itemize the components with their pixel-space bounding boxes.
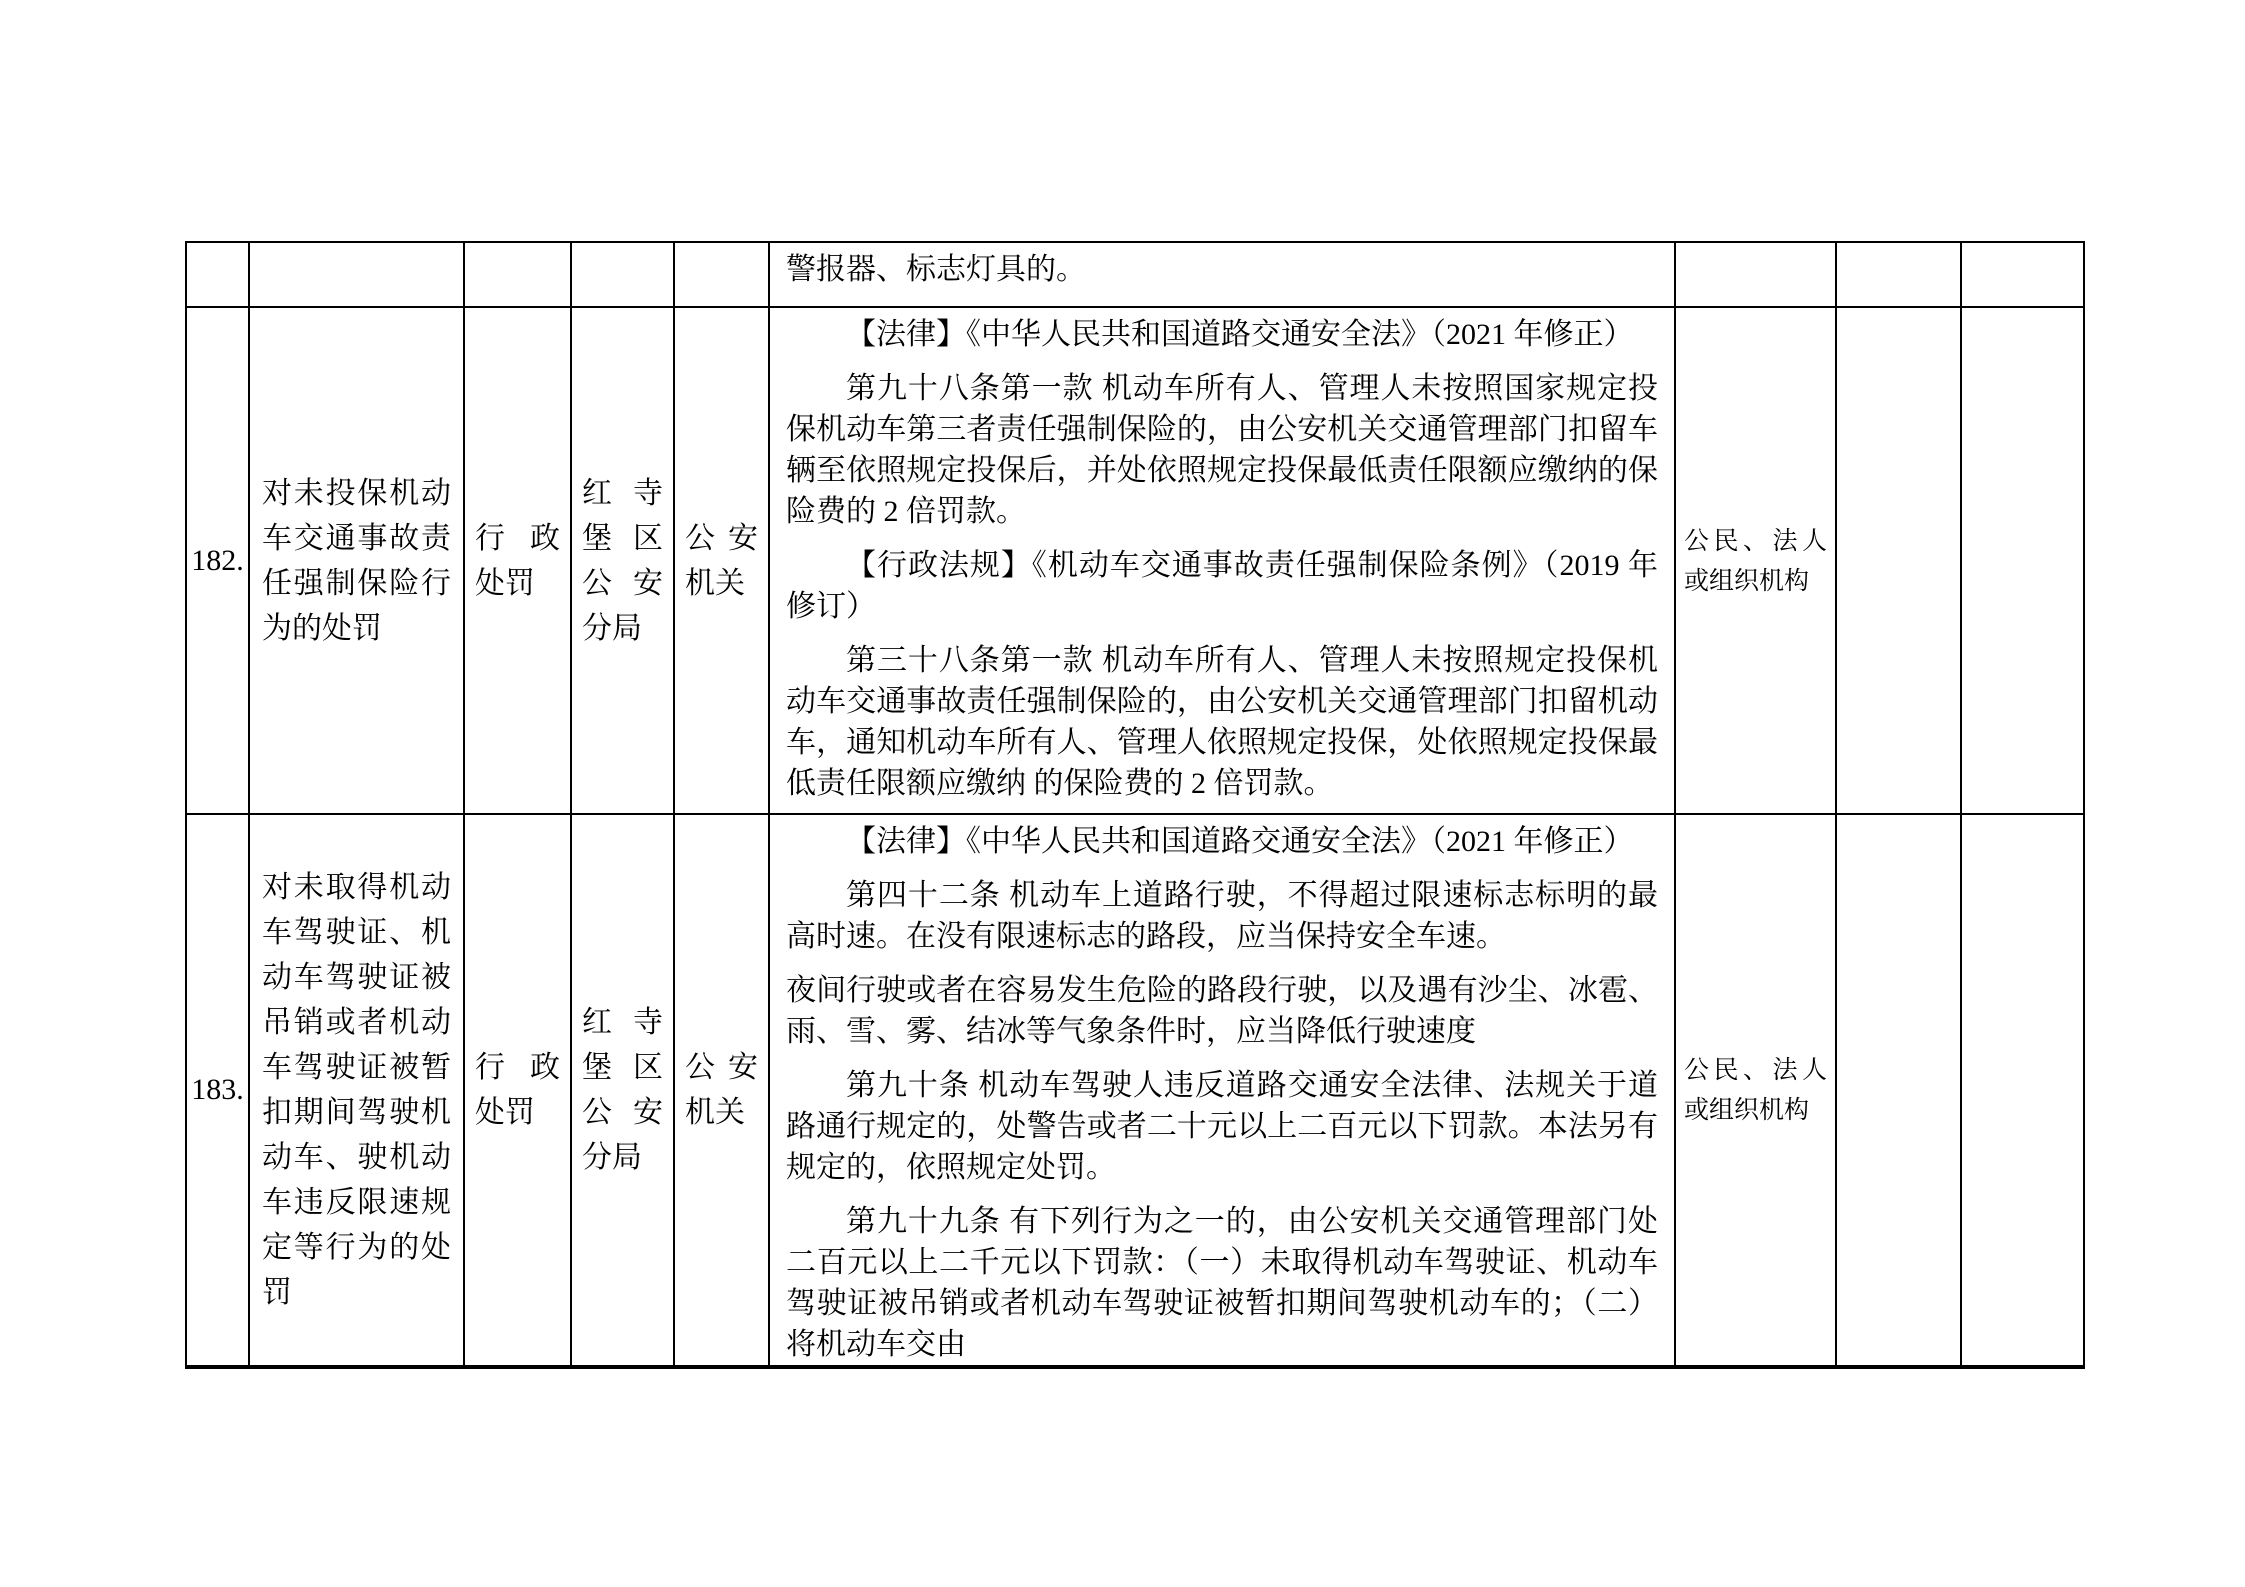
- target-cell: 公民、法人或组织机构: [1675, 814, 1836, 1367]
- agency-cell: [571, 242, 674, 307]
- number-cell: [186, 242, 249, 307]
- table-row-181-continuation: 警报器、标志灯具的。: [186, 242, 2084, 307]
- legal-paragraph: 第九十八条第一款 机动车所有人、管理人未按照国家规定投保机动车第三者责任强制保险…: [786, 368, 1658, 532]
- target-cell: 公民、法人或组织机构: [1675, 307, 1836, 814]
- number-cell: 183.: [186, 814, 249, 1367]
- penalty-table: 警报器、标志灯具的。 182. 对未投保机动车交通事故责任强制保险行为的处罚 行…: [185, 241, 2085, 1369]
- legal-paragraph: 第九十条 机动车驾驶人违反道路交通安全法律、法规关于道路通行规定的，处警告或者二…: [786, 1065, 1658, 1188]
- penalty-type-cell: 行政处罚: [464, 307, 571, 814]
- legal-paragraph: 第三十八条第一款 机动车所有人、管理人未按照规定投保机动车交通事故责任强制保险的…: [786, 640, 1658, 804]
- organ-cell: 公安机关: [674, 814, 769, 1367]
- table-row-183: 183. 对未取得机动车驾驶证、机动车驾驶证被吊销或者机动车驾驶证被暂扣期间驾驶…: [186, 814, 2084, 1367]
- legal-basis-cell: 警报器、标志灯具的。: [769, 242, 1675, 307]
- empty-cell: [1961, 242, 2084, 307]
- penalty-name-cell: 对未取得机动车驾驶证、机动车驾驶证被吊销或者机动车驾驶证被暂扣期间驾驶机动车、驶…: [249, 814, 464, 1367]
- agency-cell: 红寺堡区公安分局: [571, 814, 674, 1367]
- table-row-182: 182. 对未投保机动车交通事故责任强制保险行为的处罚 行政处罚 红寺堡区公安分…: [186, 307, 2084, 814]
- empty-cell: [1836, 307, 1961, 814]
- legal-paragraph: 【行政法规】《机动车交通事故责任强制保险条例》（2019 年修订）: [786, 545, 1658, 627]
- penalty-name-cell: [249, 242, 464, 307]
- legal-basis-cell: 【法律】《中华人民共和国道路交通安全法》（2021 年修正） 第四十二条 机动车…: [769, 814, 1675, 1367]
- empty-cell: [1961, 814, 2084, 1367]
- number-cell: 182.: [186, 307, 249, 814]
- empty-cell: [1961, 307, 2084, 814]
- empty-cell: [1836, 242, 1961, 307]
- legal-paragraph: 第四十二条 机动车上道路行驶，不得超过限速标志标明的最高时速。在没有限速标志的路…: [786, 875, 1658, 957]
- empty-cell: [1836, 814, 1961, 1367]
- penalty-name-cell: 对未投保机动车交通事故责任强制保险行为的处罚: [249, 307, 464, 814]
- legal-paragraph: 夜间行驶或者在容易发生危险的路段行驶，以及遇有沙尘、冰雹、雨、雪、雾、结冰等气象…: [786, 970, 1658, 1052]
- legal-basis-cell: 【法律】《中华人民共和国道路交通安全法》（2021 年修正） 第九十八条第一款 …: [769, 307, 1675, 814]
- legal-paragraph: 第九十九条 有下列行为之一的，由公安机关交通管理部门处二百元以上二千元以下罚款：…: [786, 1201, 1658, 1365]
- legal-paragraph: 【法律】《中华人民共和国道路交通安全法》（2021 年修正）: [786, 821, 1658, 862]
- legal-paragraph: 【法律】《中华人民共和国道路交通安全法》（2021 年修正）: [786, 314, 1658, 355]
- organ-cell: [674, 242, 769, 307]
- penalty-type-cell: 行政处罚: [464, 814, 571, 1367]
- penalty-type-cell: [464, 242, 571, 307]
- target-cell: [1675, 242, 1836, 307]
- organ-cell: 公安机关: [674, 307, 769, 814]
- document-page: 警报器、标志灯具的。 182. 对未投保机动车交通事故责任强制保险行为的处罚 行…: [0, 0, 2245, 1587]
- legal-paragraph: 警报器、标志灯具的。: [786, 249, 1658, 290]
- agency-cell: 红寺堡区公安分局: [571, 307, 674, 814]
